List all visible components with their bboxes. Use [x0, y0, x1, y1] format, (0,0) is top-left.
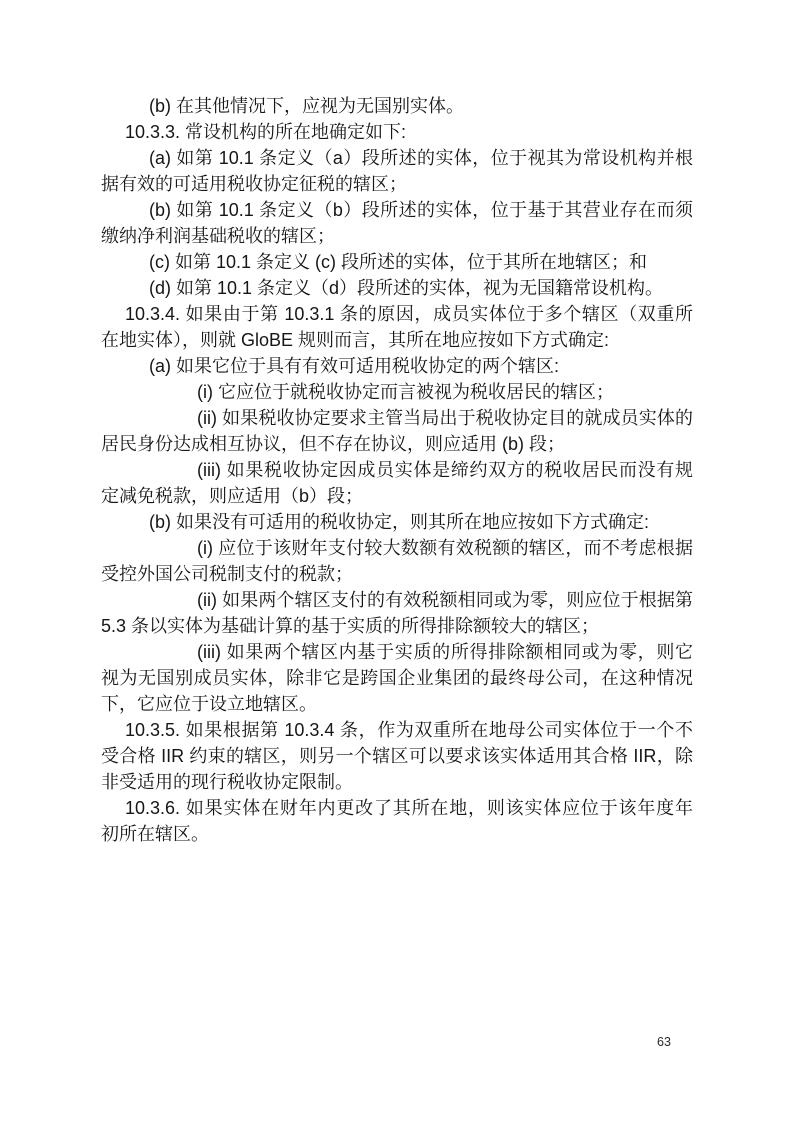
doc-line: 受控外国公司税制支付的税款；: [101, 561, 693, 587]
doc-line: (i) 应位于该财年支付较大数额有效税额的辖区，而不考虑根据: [101, 535, 693, 561]
doc-line: 定减免税款，则应适用（b）段；: [101, 483, 693, 509]
doc-line: 缴纳净利润基础税收的辖区；: [101, 223, 693, 249]
doc-line: (ii) 如果税收协定要求主管当局出于税收协定目的就成员实体的: [101, 405, 693, 431]
document-page: (b) 在其他情况下，应视为无国别实体。 10.3.3. 常设机构的所在地确定如…: [0, 0, 794, 1123]
doc-line: 5.3 条以实体为基础计算的基于实质的所得排除额较大的辖区；: [101, 613, 693, 639]
doc-line-section-10-3-6: 10.3.6. 如果实体在财年内更改了其所在地，则该实体应位于该年度年: [101, 795, 693, 821]
doc-line: (iii) 如果税收协定因成员实体是缔约双方的税收居民而没有规: [101, 457, 693, 483]
doc-line: (b) 如果没有可适用的税收协定，则其所在地应按如下方式确定:: [101, 509, 693, 535]
doc-line-section-10-3-3: 10.3.3. 常设机构的所在地确定如下:: [101, 119, 693, 145]
doc-line-section-10-3-4: 10.3.4. 如果由于第 10.3.1 条的原因，成员实体位于多个辖区（双重所: [101, 301, 693, 327]
doc-line: (c) 如第 10.1 条定义 (c) 段所述的实体，位于其所在地辖区；和: [101, 249, 693, 275]
doc-line: (a) 如第 10.1 条定义（a）段所述的实体，位于视其为常设机构并根: [101, 145, 693, 171]
page-number: 63: [657, 1034, 671, 1050]
doc-line: 在地实体），则就 GloBE 规则而言，其所在地应按如下方式确定:: [101, 327, 693, 353]
doc-line: (iii) 如果两个辖区内基于实质的所得排除额相同或为零，则它被: [101, 639, 693, 665]
doc-line: 视为无国别成员实体，除非它是跨国企业集团的最终母公司，在这种情况: [101, 665, 693, 691]
doc-line: (d) 如第 10.1 条定义（d）段所述的实体，视为无国籍常设机构。: [101, 275, 693, 301]
doc-line: (a) 如果它位于具有有效可适用税收协定的两个辖区:: [101, 353, 693, 379]
doc-line: 非受适用的现行税收协定限制。: [101, 769, 693, 795]
doc-line: 居民身份达成相互协议，但不存在协议，则应适用 (b) 段；: [101, 431, 693, 457]
doc-line: (b) 如第 10.1 条定义（b）段所述的实体，位于基于其营业存在而须: [101, 197, 693, 223]
doc-line: (ii) 如果两个辖区支付的有效税额相同或为零，则应位于根据第: [101, 587, 693, 613]
doc-line: 受合格 IIR 约束的辖区，则另一个辖区可以要求该实体适用其合格 IIR，除: [101, 743, 693, 769]
doc-line: (i) 它应位于就税收协定而言被视为税收居民的辖区；: [101, 379, 693, 405]
page-body: (b) 在其他情况下，应视为无国别实体。 10.3.3. 常设机构的所在地确定如…: [101, 93, 693, 847]
doc-line: 下，它应位于设立地辖区。: [101, 691, 693, 717]
doc-line-section-10-3-5: 10.3.5. 如果根据第 10.3.4 条，作为双重所在地母公司实体位于一个不: [101, 717, 693, 743]
doc-line: 初所在辖区。: [101, 821, 693, 847]
doc-line: (b) 在其他情况下，应视为无国别实体。: [101, 93, 693, 119]
doc-line: 据有效的可适用税收协定征税的辖区；: [101, 171, 693, 197]
